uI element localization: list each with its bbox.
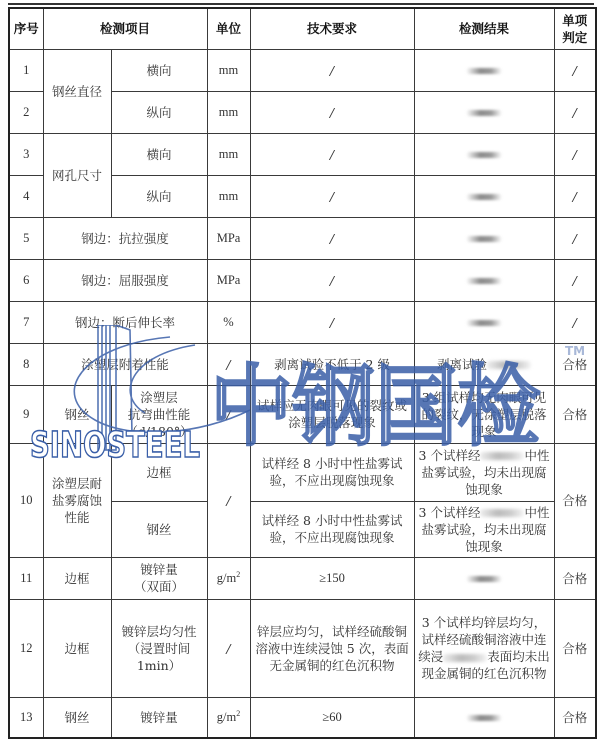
row-verdict: 合格 (554, 343, 596, 385)
row-no: 10 (9, 443, 43, 557)
row-no: 1 (9, 49, 43, 91)
row-verdict: / (554, 91, 596, 133)
top-rule (8, 3, 594, 5)
row-result-redacted (414, 217, 554, 259)
row-unit: / (207, 599, 250, 697)
row-result-redacted (414, 133, 554, 175)
header-verdict: 单项判定 (554, 8, 596, 49)
row-sub-item: 边框 (111, 443, 207, 501)
row-sub-item: 镀锌量（双面） (111, 557, 207, 599)
header-unit: 单位 (207, 8, 250, 49)
row-sub-item: 镀锌量 (111, 697, 207, 738)
row-unit: / (207, 343, 250, 385)
row-no: 13 (9, 697, 43, 738)
redacted-value (466, 715, 502, 721)
table-row: 9 钢丝 涂塑层抗弯曲性能（d/180°） / 试样应无肉眼可见的裂纹或涂塑层脱… (9, 385, 596, 443)
row-item: 钢边：屈服强度 (43, 259, 207, 301)
header-requirement: 技术要求 (250, 8, 414, 49)
row-item: 钢边：抗拉强度 (43, 217, 207, 259)
row-group: 钢丝 (43, 697, 111, 738)
row-no: 9 (9, 385, 43, 443)
row-verdict: / (554, 49, 596, 91)
row-requirement: 试样应无肉眼可见的裂纹或涂塑层脱落现象 (250, 385, 414, 443)
redacted-value (480, 452, 524, 460)
redacted-value (466, 576, 502, 582)
row-requirement: 试样经 8 小时中性盐雾试验，不应出现腐蚀现象 (250, 501, 414, 557)
row-requirement: 试样经 8 小时中性盐雾试验，不应出现腐蚀现象 (250, 443, 414, 501)
table-row: 11 边框 镀锌量（双面） g/m2 ≥150 合格 (9, 557, 596, 599)
row-unit: g/m2 (207, 697, 250, 738)
row-group: 边框 (43, 557, 111, 599)
row-result-redacted (414, 49, 554, 91)
row-sub-item: 纵向 (111, 91, 207, 133)
row-result-redacted (414, 91, 554, 133)
redacted-value (466, 320, 502, 326)
row-sub-item: 纵向 (111, 175, 207, 217)
row-verdict: / (554, 217, 596, 259)
row-requirement: / (250, 175, 414, 217)
table-row: 8 涂塑层附着性能 / 剥离试验不低于 2 级 剥离试验 合格 (9, 343, 596, 385)
row-result-redacted (414, 697, 554, 738)
row-requirement: / (250, 217, 414, 259)
inspection-results-table: 序号 检测项目 单位 技术要求 检测结果 单项判定 1 钢丝直径 横向 mm /… (8, 7, 597, 739)
row-verdict: / (554, 301, 596, 343)
row-unit: % (207, 301, 250, 343)
table-row: 10 涂塑层耐盐雾腐蚀性能 边框 / 试样经 8 小时中性盐雾试验，不应出现腐蚀… (9, 443, 596, 501)
redacted-value (443, 654, 487, 662)
row-unit: mm (207, 175, 250, 217)
row-sub-item: 镀锌层均匀性（浸置时间1min） (111, 599, 207, 697)
table-row: 3 网孔尺寸 横向 mm / / (9, 133, 596, 175)
row-unit: g/m2 (207, 557, 250, 599)
row-result: 3 个试样经中性盐雾试验，均未出现腐蚀现象 (414, 501, 554, 557)
row-verdict: / (554, 133, 596, 175)
row-sub-item: 钢丝 (111, 501, 207, 557)
redacted-value (466, 110, 502, 116)
row-requirement: ≥60 (250, 697, 414, 738)
redacted-value (487, 361, 531, 369)
row-sub-item: 横向 (111, 133, 207, 175)
row-sub-item: 横向 (111, 49, 207, 91)
row-result: 3 个试样均锌层均匀，试样经硫酸铜溶液中连续浸表面均未出现金属铜的红色沉积物 (414, 599, 554, 697)
redacted-value (466, 278, 502, 284)
row-group: 钢丝 (43, 385, 111, 443)
table-row: 13 钢丝 镀锌量 g/m2 ≥60 合格 (9, 697, 596, 738)
row-requirement: / (250, 49, 414, 91)
row-result-redacted (414, 557, 554, 599)
row-result: 3 个试样经中性盐雾试验，均未出现腐蚀现象 (414, 443, 554, 501)
header-item: 检测项目 (43, 8, 207, 49)
row-unit: mm (207, 49, 250, 91)
row-unit: / (207, 385, 250, 443)
row-requirement: / (250, 133, 414, 175)
table-row: 7 钢边：断后伸长率 % / / (9, 301, 596, 343)
row-no: 12 (9, 599, 43, 697)
redacted-value (466, 152, 502, 158)
row-unit: / (207, 443, 250, 557)
row-verdict: / (554, 259, 596, 301)
table-row: 5 钢边：抗拉强度 MPa / / (9, 217, 596, 259)
row-no: 2 (9, 91, 43, 133)
row-sub-item: 涂塑层抗弯曲性能（d/180°） (111, 385, 207, 443)
row-item: 钢边：断后伸长率 (43, 301, 207, 343)
redacted-value (466, 194, 502, 200)
redacted-value (480, 509, 524, 517)
row-no: 5 (9, 217, 43, 259)
row-group: 涂塑层耐盐雾腐蚀性能 (43, 443, 111, 557)
row-group: 网孔尺寸 (43, 133, 111, 217)
row-result-redacted (414, 301, 554, 343)
header-seq: 序号 (9, 8, 43, 49)
table-row: 12 边框 镀锌层均匀性（浸置时间1min） / 锌层应均匀，试样经硫酸铜溶液中… (9, 599, 596, 697)
row-no: 6 (9, 259, 43, 301)
table-header-row: 序号 检测项目 单位 技术要求 检测结果 单项判定 (9, 8, 596, 49)
row-requirement: / (250, 301, 414, 343)
row-unit: MPa (207, 259, 250, 301)
row-no: 7 (9, 301, 43, 343)
row-unit: mm (207, 133, 250, 175)
table-row: 1 钢丝直径 横向 mm / / (9, 49, 596, 91)
header-result: 检测结果 (414, 8, 554, 49)
row-requirement: ≥150 (250, 557, 414, 599)
row-item: 涂塑层附着性能 (43, 343, 207, 385)
row-no: 3 (9, 133, 43, 175)
row-requirement: 剥离试验不低于 2 级 (250, 343, 414, 385)
row-requirement: 锌层应均匀，试样经硫酸铜溶液中连续浸蚀 5 次，表面无金属铜的红色沉积物 (250, 599, 414, 697)
table-row: 6 钢边：屈服强度 MPa / / (9, 259, 596, 301)
row-requirement: / (250, 259, 414, 301)
row-verdict: 合格 (554, 385, 596, 443)
row-group: 钢丝直径 (43, 49, 111, 133)
row-verdict: / (554, 175, 596, 217)
row-group: 边框 (43, 599, 111, 697)
row-verdict: 合格 (554, 443, 596, 557)
row-result: 3 组试样均无肉眼可见的裂纹，无涂塑层脱落现象 (414, 385, 554, 443)
row-no: 4 (9, 175, 43, 217)
row-result: 剥离试验 (414, 343, 554, 385)
row-unit: MPa (207, 217, 250, 259)
row-result-redacted (414, 175, 554, 217)
row-verdict: 合格 (554, 599, 596, 697)
row-requirement: / (250, 91, 414, 133)
row-result-redacted (414, 259, 554, 301)
row-no: 8 (9, 343, 43, 385)
row-verdict: 合格 (554, 557, 596, 599)
row-verdict: 合格 (554, 697, 596, 738)
redacted-value (466, 68, 502, 74)
row-no: 11 (9, 557, 43, 599)
redacted-value (466, 236, 502, 242)
row-unit: mm (207, 91, 250, 133)
